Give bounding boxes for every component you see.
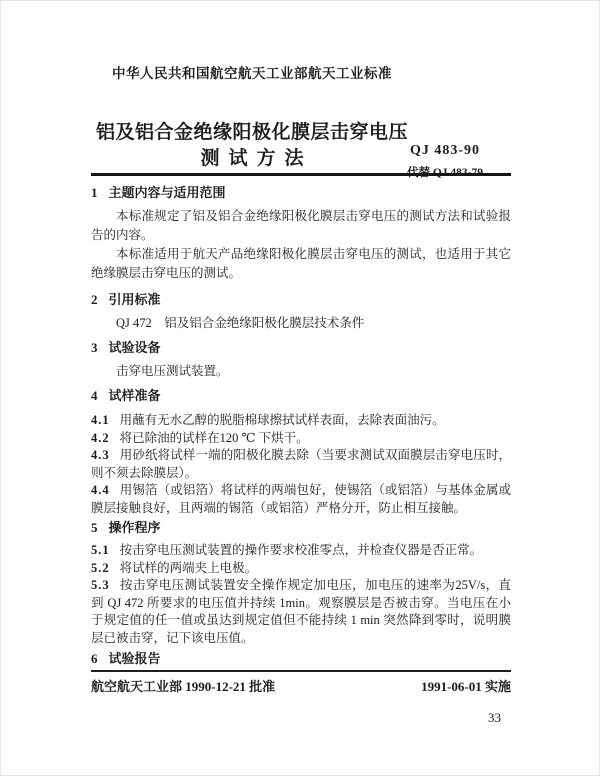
clause-item: 4.3用砂纸将试样一端的阳极化膜去除（当要求测试双面膜层击穿电压时，则不须去除膜… (91, 447, 511, 482)
section-title: 试验设备 (109, 340, 161, 355)
clause-item: 5.3按击穿电压测试装置安全操作规定加电压，加电压的速率为25V/s，直到 QJ… (91, 577, 511, 647)
section-number: 6 (91, 651, 98, 666)
standard-number-block: QJ 483-90 代替 QJ 483-79 (379, 143, 511, 180)
section-3-heading: 3试验设备 (91, 340, 511, 356)
paragraph: 击穿电压测试装置。 (91, 362, 511, 381)
page-content: 中华人民共和国航空航天工业部航天工业标准 QJ 483-90 代替 QJ 483… (1, 65, 599, 725)
section-5-heading: 5操作程序 (91, 520, 511, 536)
clause-number: 5.3 (91, 578, 110, 592)
approval-note: 航空航天工业部 1990-12-21 批准 (91, 679, 275, 695)
referenced-standard: QJ 472 铝及铝合金绝缘阳极化膜层技术条件 (91, 314, 511, 333)
section-title: 引用标准 (109, 292, 161, 307)
clause-item: 4.1用蘸有无水乙醇的脱脂棉球擦拭试样表面，去除表面油污。 (91, 412, 511, 430)
page-number: 33 (91, 710, 511, 725)
issuing-org-line: 中华人民共和国航空航天工业部航天工业标准 (91, 65, 413, 82)
section-number: 5 (91, 520, 98, 535)
section-6-heading: 6试验报告 (91, 651, 511, 667)
clause-number: 4.4 (91, 483, 110, 497)
paragraph: 本标准适用于航天产品绝缘阳极化膜层击穿电压的测试，也适用于其它绝缘膜层击穿电压的… (91, 245, 511, 283)
clause-number: 4.2 (91, 431, 110, 445)
paragraph: 本标准规定了铝及铝合金绝缘阳极化膜层击穿电压的测试方法和试验报告的内容。 (91, 207, 511, 245)
clause-text: 按击穿电压测试装置安全操作规定加电压，加电压的速率为25V/s，直到 QJ 47… (91, 578, 511, 645)
clause-text: 用锡箔（或铝箔）将试样的两端包好，使锡箔（或铝箔）与基体金属或膜层接触良好，且两… (91, 483, 511, 515)
clause-item: 4.4用锡箔（或铝箔）将试样的两端包好，使锡箔（或铝箔）与基体金属或膜层接触良好… (91, 482, 511, 517)
section-number: 1 (91, 185, 98, 200)
section-4-heading: 4试样准备 (91, 388, 511, 404)
clause-number: 5.2 (91, 561, 110, 575)
section-1-heading: 1主题内容与适用范围 (91, 185, 511, 201)
footer-rule (91, 670, 511, 672)
clause-item: 5.2将试样的两端夹上电极。 (91, 560, 511, 578)
section-number: 3 (91, 340, 98, 355)
clause-text: 将已除油的试样在120 ℃ 下烘干。 (120, 431, 309, 445)
clause-text: 用蘸有无水乙醇的脱脂棉球擦拭试样表面，去除表面油污。 (120, 413, 445, 427)
clause-text: 将试样的两端夹上电极。 (120, 561, 258, 575)
clause-number: 5.1 (91, 543, 110, 557)
document-page: 中华人民共和国航空航天工业部航天工业标准 QJ 483-90 代替 QJ 483… (0, 0, 600, 776)
section-title: 试样准备 (109, 388, 161, 403)
clause-item: 5.1按击穿电压测试装置的操作要求校准零点，并检查仪器是否正常。 (91, 542, 511, 560)
doc-title-line1: 铝及铝合金绝缘阳极化膜层击穿电压 (91, 121, 413, 144)
clause-text: 用砂纸将试样一端的阳极化膜去除（当要求测试双面膜层击穿电压时，则不须去除膜层）。 (91, 448, 511, 480)
section-2-heading: 2引用标准 (91, 292, 511, 308)
footer-line: 航空航天工业部 1990-12-21 批准 1991-06-01 实施 (91, 679, 511, 695)
section-number: 4 (91, 388, 98, 403)
implementation-note: 1991-06-01 实施 (421, 679, 511, 695)
section-title: 操作程序 (109, 520, 161, 535)
section-number: 2 (91, 292, 98, 307)
doc-title-line2: 测试方法 (91, 148, 413, 170)
clause-number: 4.1 (91, 413, 110, 427)
section-title: 主题内容与适用范围 (109, 185, 226, 200)
standard-number: QJ 483-90 (379, 143, 511, 159)
section-title: 试验报告 (109, 651, 161, 666)
clause-item: 4.2将已除油的试样在120 ℃ 下烘干。 (91, 430, 511, 448)
superseded-standard: 代替 QJ 483-79 (379, 167, 511, 180)
clause-number: 4.3 (91, 448, 110, 462)
clause-text: 按击穿电压测试装置的操作要求校准零点，并检查仪器是否正常。 (120, 543, 483, 557)
document-header: 中华人民共和国航空航天工业部航天工业标准 QJ 483-90 代替 QJ 483… (91, 65, 511, 176)
